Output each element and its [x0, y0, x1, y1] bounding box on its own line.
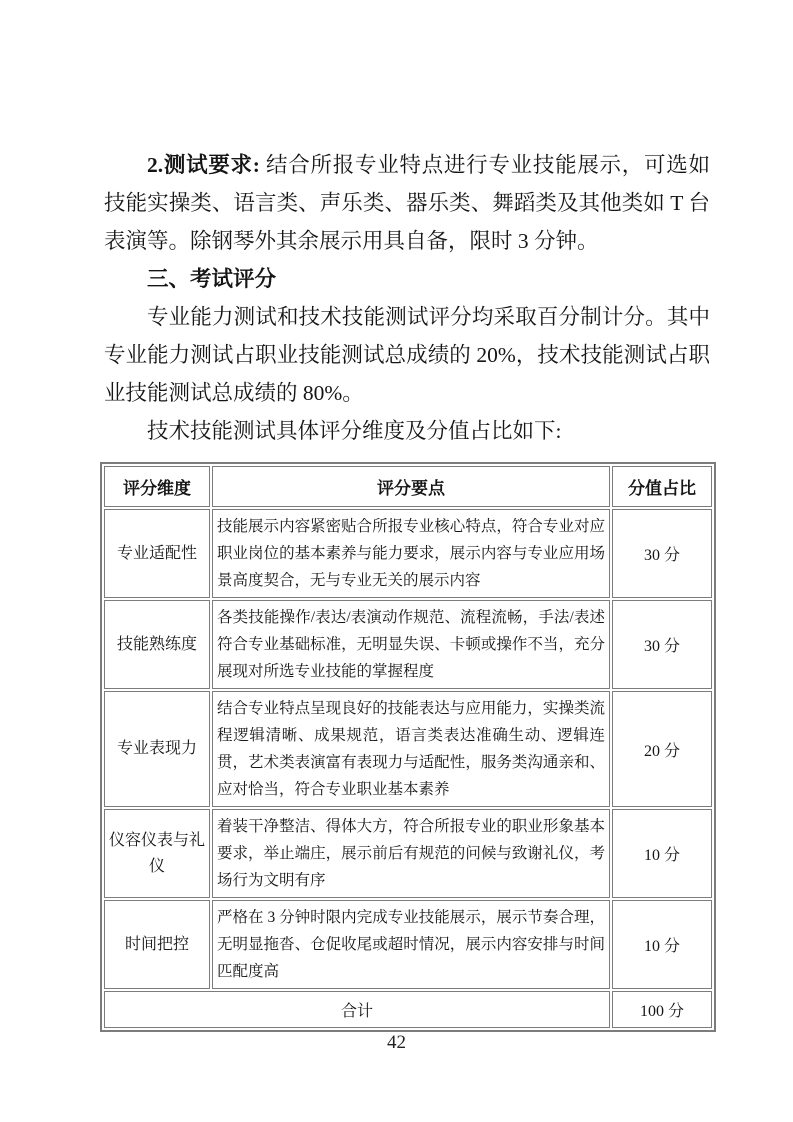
cell-total-score: 100 分 — [612, 991, 712, 1028]
cell-points: 着装干净整洁、得体大方，符合所报专业的职业形象基本要求，举止端庄，展示前后有规范… — [212, 809, 610, 898]
section-heading-exam-scoring: 三、考试评分 — [104, 260, 710, 298]
document-page: 2.测试要求: 结合所报专业特点进行专业技能展示，可选如技能实操类、语言类、声乐… — [0, 0, 793, 1122]
table-row: 专业适配性 技能展示内容紧密贴合所报专业核心特点，符合专业对应职业岗位的基本素养… — [104, 509, 712, 598]
cell-dimension: 仪容仪表与礼仪 — [104, 809, 210, 898]
test-requirements-label: 2.测试要求: — [147, 153, 260, 177]
table-total-row: 合计 100 分 — [104, 991, 712, 1028]
cell-score: 30 分 — [612, 600, 712, 689]
page-number: 42 — [0, 1032, 793, 1054]
header-dimension: 评分维度 — [104, 466, 210, 507]
table-row: 时间把控 严格在 3 分钟时限内完成专业技能展示，展示节奏合理，无明显拖沓、仓促… — [104, 900, 712, 989]
cell-dimension: 专业表现力 — [104, 691, 210, 807]
cell-dimension: 专业适配性 — [104, 509, 210, 598]
paragraph-table-intro: 技术技能测试具体评分维度及分值占比如下: — [104, 412, 710, 450]
cell-dimension: 技能熟练度 — [104, 600, 210, 689]
cell-score: 10 分 — [612, 809, 712, 898]
header-score: 分值占比 — [612, 466, 712, 507]
paragraph-test-requirements: 2.测试要求: 结合所报专业特点进行专业技能展示，可选如技能实操类、语言类、声乐… — [104, 146, 710, 260]
cell-score: 30 分 — [612, 509, 712, 598]
cell-points: 技能展示内容紧密贴合所报专业核心特点，符合专业对应职业岗位的基本素养与能力要求，… — [212, 509, 610, 598]
table-row: 专业表现力 结合专业特点呈现良好的技能表达与应用能力，实操类流程逻辑清晰、成果规… — [104, 691, 712, 807]
table-row: 技能熟练度 各类技能操作/表达/表演动作规范、流程流畅，手法/表述符合专业基础标… — [104, 600, 712, 689]
table-header-row: 评分维度 评分要点 分值占比 — [104, 466, 712, 507]
cell-total-label: 合计 — [104, 991, 610, 1028]
cell-dimension: 时间把控 — [104, 900, 210, 989]
paragraph-scoring-rules: 专业能力测试和技术技能测试评分均采取百分制计分。其中专业能力测试占职业技能测试总… — [104, 298, 710, 412]
table-row: 仪容仪表与礼仪 着装干净整洁、得体大方，符合所报专业的职业形象基本要求，举止端庄… — [104, 809, 712, 898]
cell-points: 各类技能操作/表达/表演动作规范、流程流畅，手法/表述符合专业基础标准，无明显失… — [212, 600, 610, 689]
cell-score: 20 分 — [612, 691, 712, 807]
cell-score: 10 分 — [612, 900, 712, 989]
header-points: 评分要点 — [212, 466, 610, 507]
scoring-table: 评分维度 评分要点 分值占比 专业适配性 技能展示内容紧密贴合所报专业核心特点，… — [100, 462, 716, 1032]
cell-points: 结合专业特点呈现良好的技能表达与应用能力，实操类流程逻辑清晰、成果规范，语言类表… — [212, 691, 610, 807]
cell-points: 严格在 3 分钟时限内完成专业技能展示，展示节奏合理，无明显拖沓、仓促收尾或超时… — [212, 900, 610, 989]
